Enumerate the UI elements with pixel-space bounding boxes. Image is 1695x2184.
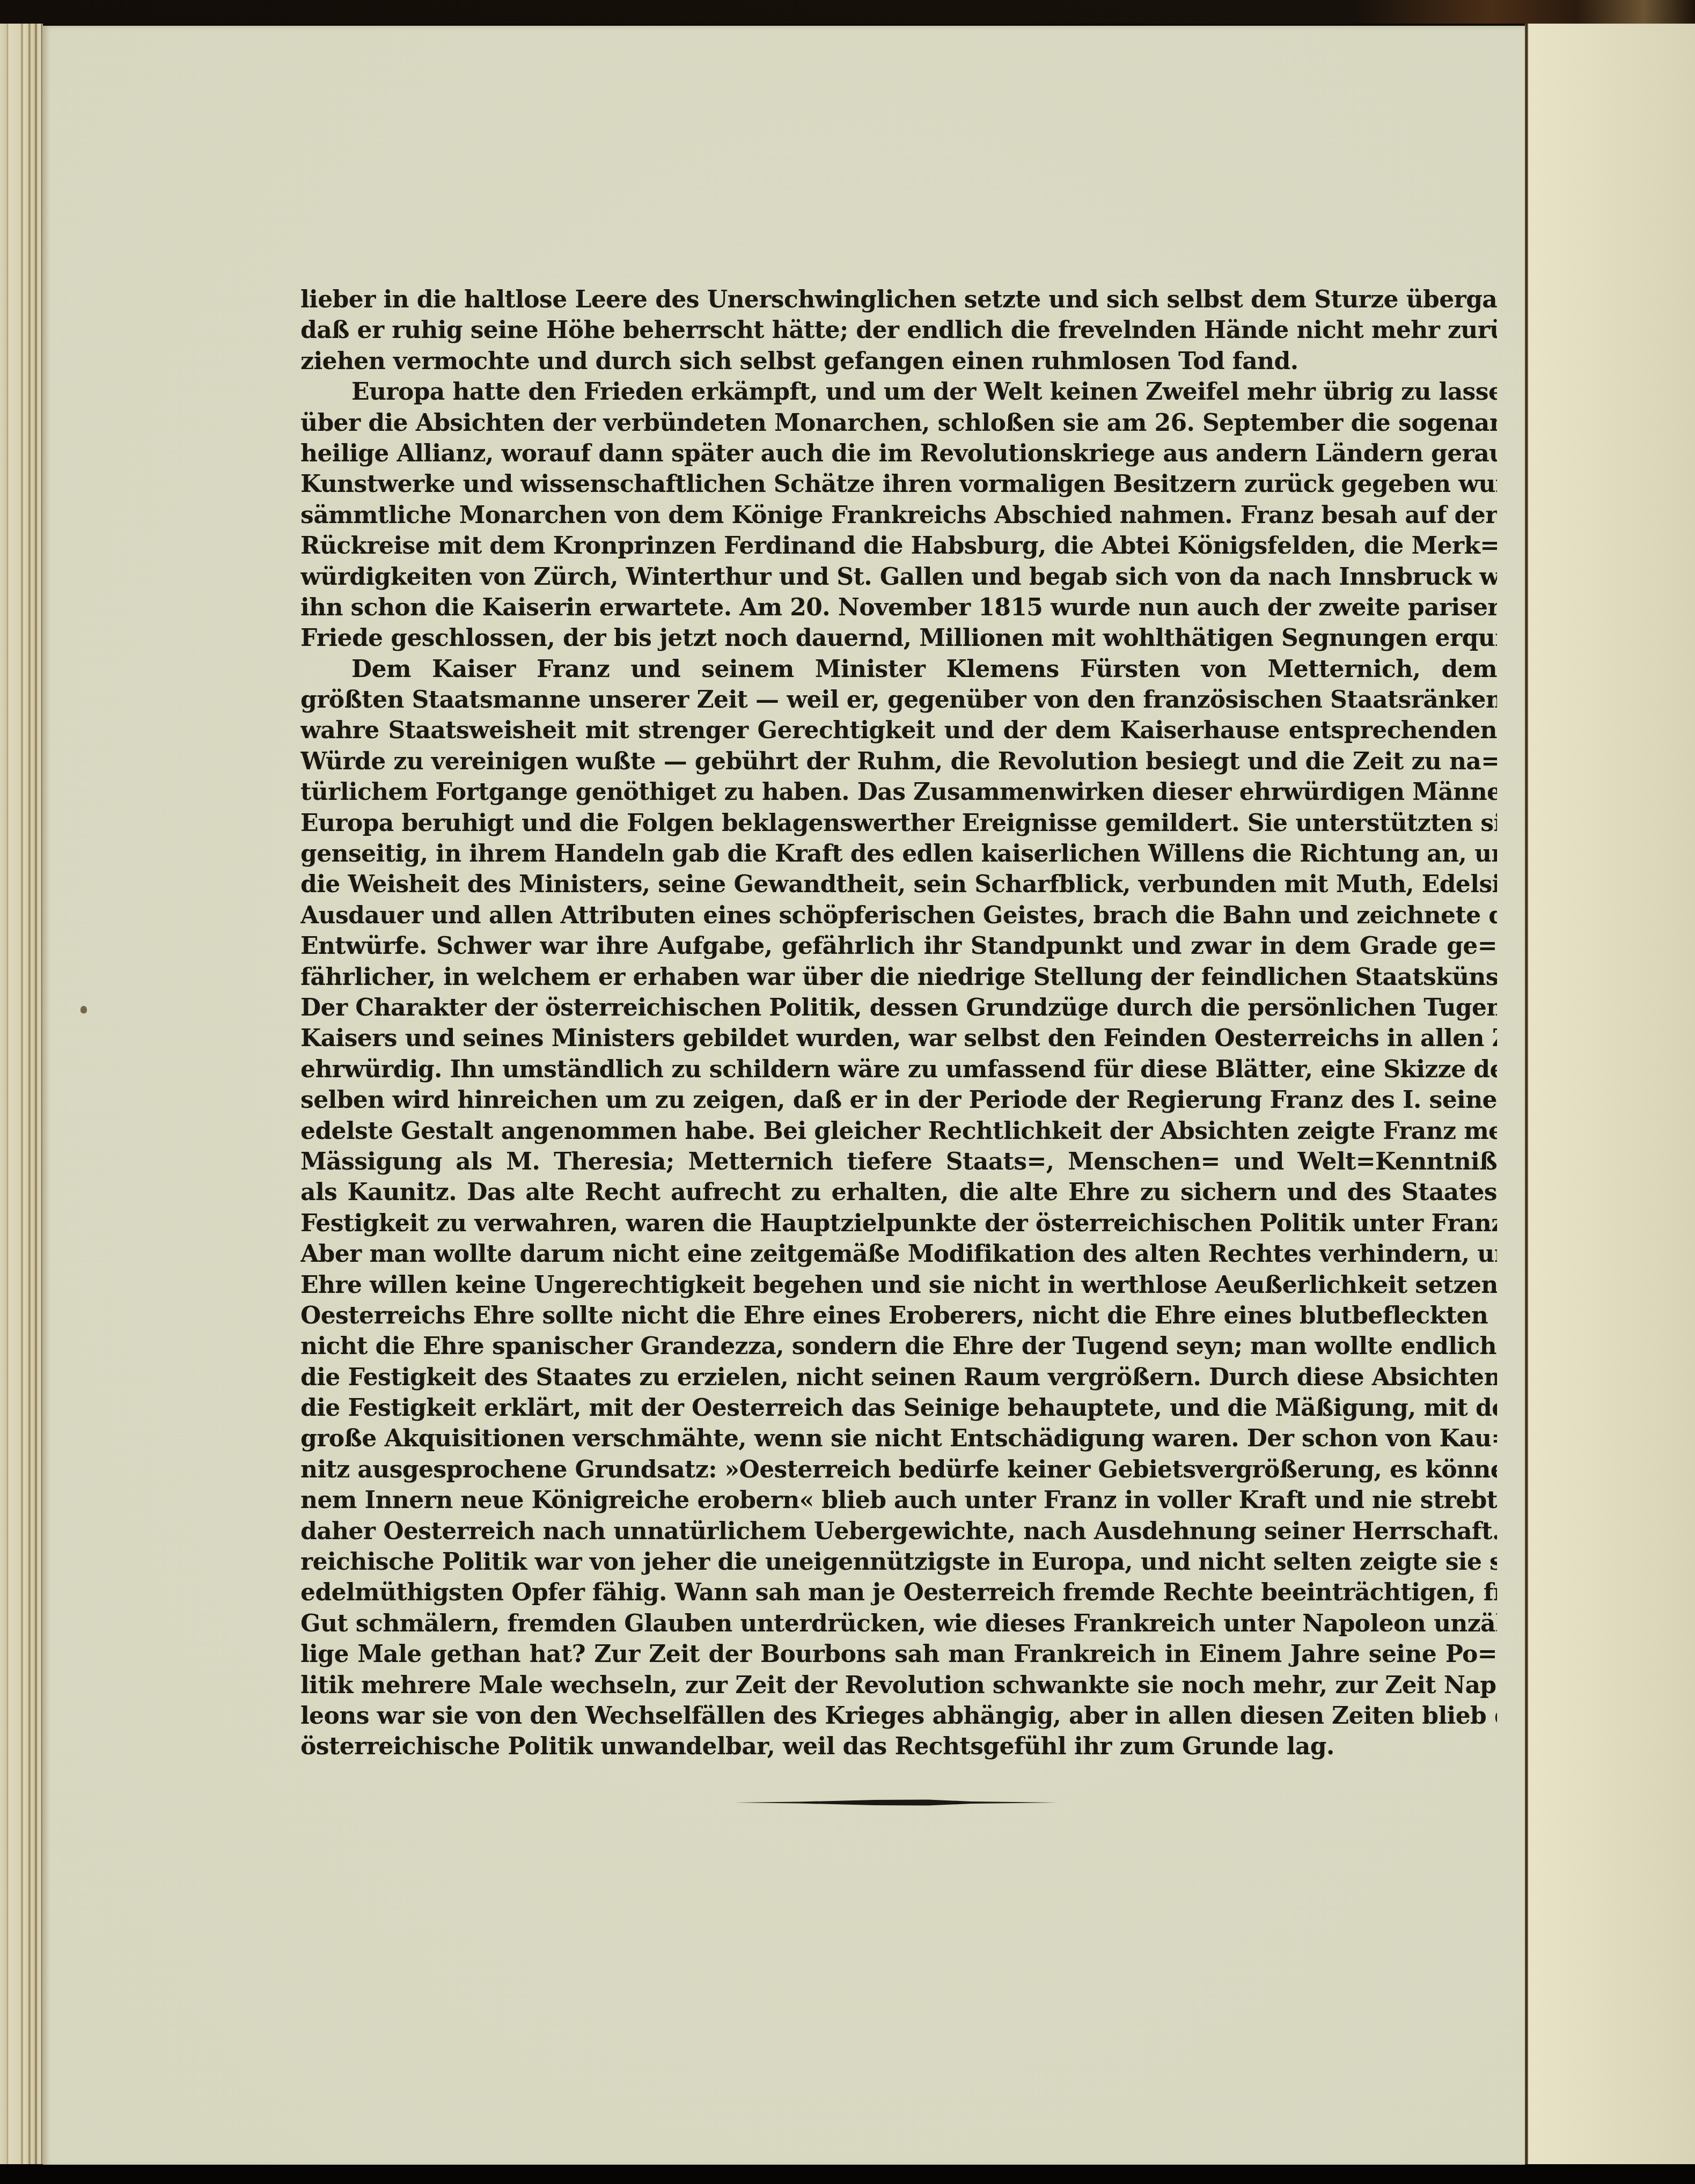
text-line: Entwürfe. Schwer war ihre Aufgabe, gefäh… [300, 931, 1497, 961]
text-line: Ehre willen keine Ungerechtigkeit begehe… [300, 1270, 1497, 1300]
text-line: ihn schon die Kaiserin erwartete. Am 20.… [300, 592, 1497, 623]
text-line: würdigkeiten von Zürch, Winterthur und S… [300, 562, 1497, 592]
text-line: österreichische Politik unwandelbar, wei… [300, 1731, 1497, 1762]
text-line: Ausdauer und allen Attributen eines schö… [300, 900, 1497, 931]
text-line: größten Staatsmanne unserer Zeit — weil … [300, 685, 1497, 715]
text-line: lige Male gethan hat? Zur Zeit der Bourb… [300, 1639, 1497, 1670]
tapered-rule-ornament [735, 1799, 1057, 1806]
book-board-bottom-edge [0, 2165, 1695, 2184]
text-line: heilige Allianz, worauf dann später auch… [300, 438, 1497, 469]
text-line: edelste Gestalt angenommen habe. Bei gle… [300, 1116, 1497, 1146]
text-line: daß er ruhig seine Höhe beherrscht hätte… [300, 315, 1497, 345]
text-line: Europa hatte den Frieden erkämpft, und u… [300, 377, 1497, 407]
text-line: selben wird hinreichen um zu zeigen, daß… [300, 1085, 1497, 1115]
text-line: als Kaunitz. Das alte Recht aufrecht zu … [300, 1177, 1497, 1208]
scanned-book-spread: lieber in die haltlose Leere des Unersch… [0, 0, 1695, 2184]
margin-mark-dot [80, 1006, 87, 1013]
text-line: lieber in die haltlose Leere des Unersch… [300, 284, 1497, 315]
text-line: litik mehrere Male wechseln, zur Zeit de… [300, 1670, 1497, 1701]
book-board-top-edge [0, 0, 1695, 24]
body-text: lieber in die haltlose Leere des Unersch… [300, 284, 1497, 1762]
text-line: nicht die Ehre spanischer Grandezza, son… [300, 1331, 1497, 1362]
next-page-edge [1528, 24, 1695, 2164]
text-line: Würde zu vereinigen wußte — gebührt der … [300, 746, 1497, 777]
text-line: sämmtliche Monarchen von dem Könige Fran… [300, 500, 1497, 531]
text-line: über die Absichten der verbündeten Monar… [300, 408, 1497, 438]
text-line: daher Oesterreich nach unnatürlichem Ueb… [300, 1516, 1497, 1547]
page-stack-edges [0, 24, 43, 2164]
text-line: die Festigkeit des Staates zu erzielen, … [300, 1362, 1497, 1393]
text-line: Festigkeit zu verwahren, waren die Haupt… [300, 1208, 1497, 1239]
text-line: ziehen vermochte und durch sich selbst g… [300, 346, 1497, 377]
text-line: edelmüthigsten Opfer fähig. Wann sah man… [300, 1577, 1497, 1608]
text-line: wahre Staatsweisheit mit strenger Gerech… [300, 715, 1497, 746]
text-line: nitz ausgesprochene Grundsatz: »Oesterre… [300, 1454, 1497, 1485]
text-line: Mässigung als M. Theresia; Metternich ti… [300, 1146, 1497, 1177]
text-line: große Akquisitionen verschmähte, wenn si… [300, 1423, 1497, 1454]
text-line: Oesterreichs Ehre sollte nicht die Ehre … [300, 1300, 1497, 1331]
text-line: die Weisheit des Ministers, seine Gewand… [300, 869, 1497, 900]
text-line: Dem Kaiser Franz und seinem Minister Kle… [300, 654, 1497, 685]
text-line: nem Innern neue Königreiche erobern« bli… [300, 1485, 1497, 1516]
text-line: leons war sie von den Wechselfällen des … [300, 1701, 1497, 1731]
text-line: Der Charakter der österreichischen Polit… [300, 992, 1497, 1023]
text-line: ehrwürdig. Ihn umständlich zu schildern … [300, 1054, 1497, 1085]
text-line: Aber man wollte darum nicht eine zeitgem… [300, 1239, 1497, 1269]
text-line: Europa beruhigt und die Folgen beklagens… [300, 808, 1497, 839]
text-line: Friede geschlossen, der bis jetzt noch d… [300, 623, 1497, 653]
text-line: genseitig, in ihrem Handeln gab die Kraf… [300, 839, 1497, 869]
text-line: Gut schmälern, fremden Glauben unterdrüc… [300, 1608, 1497, 1639]
text-line: türlichem Fortgange genöthiget zu haben.… [300, 777, 1497, 807]
text-line: Kunstwerke und wissenschaftlichen Schätz… [300, 469, 1497, 499]
text-line: Kaisers und seines Ministers gebildet wu… [300, 1023, 1497, 1054]
text-line: Rückreise mit dem Kronprinzen Ferdinand … [300, 531, 1497, 561]
text-line: die Festigkeit erklärt, mit der Oesterre… [300, 1393, 1497, 1423]
text-line: reichische Politik war von jeher die une… [300, 1547, 1497, 1577]
text-line: fährlicher, in welchem er erhaben war üb… [300, 962, 1497, 992]
